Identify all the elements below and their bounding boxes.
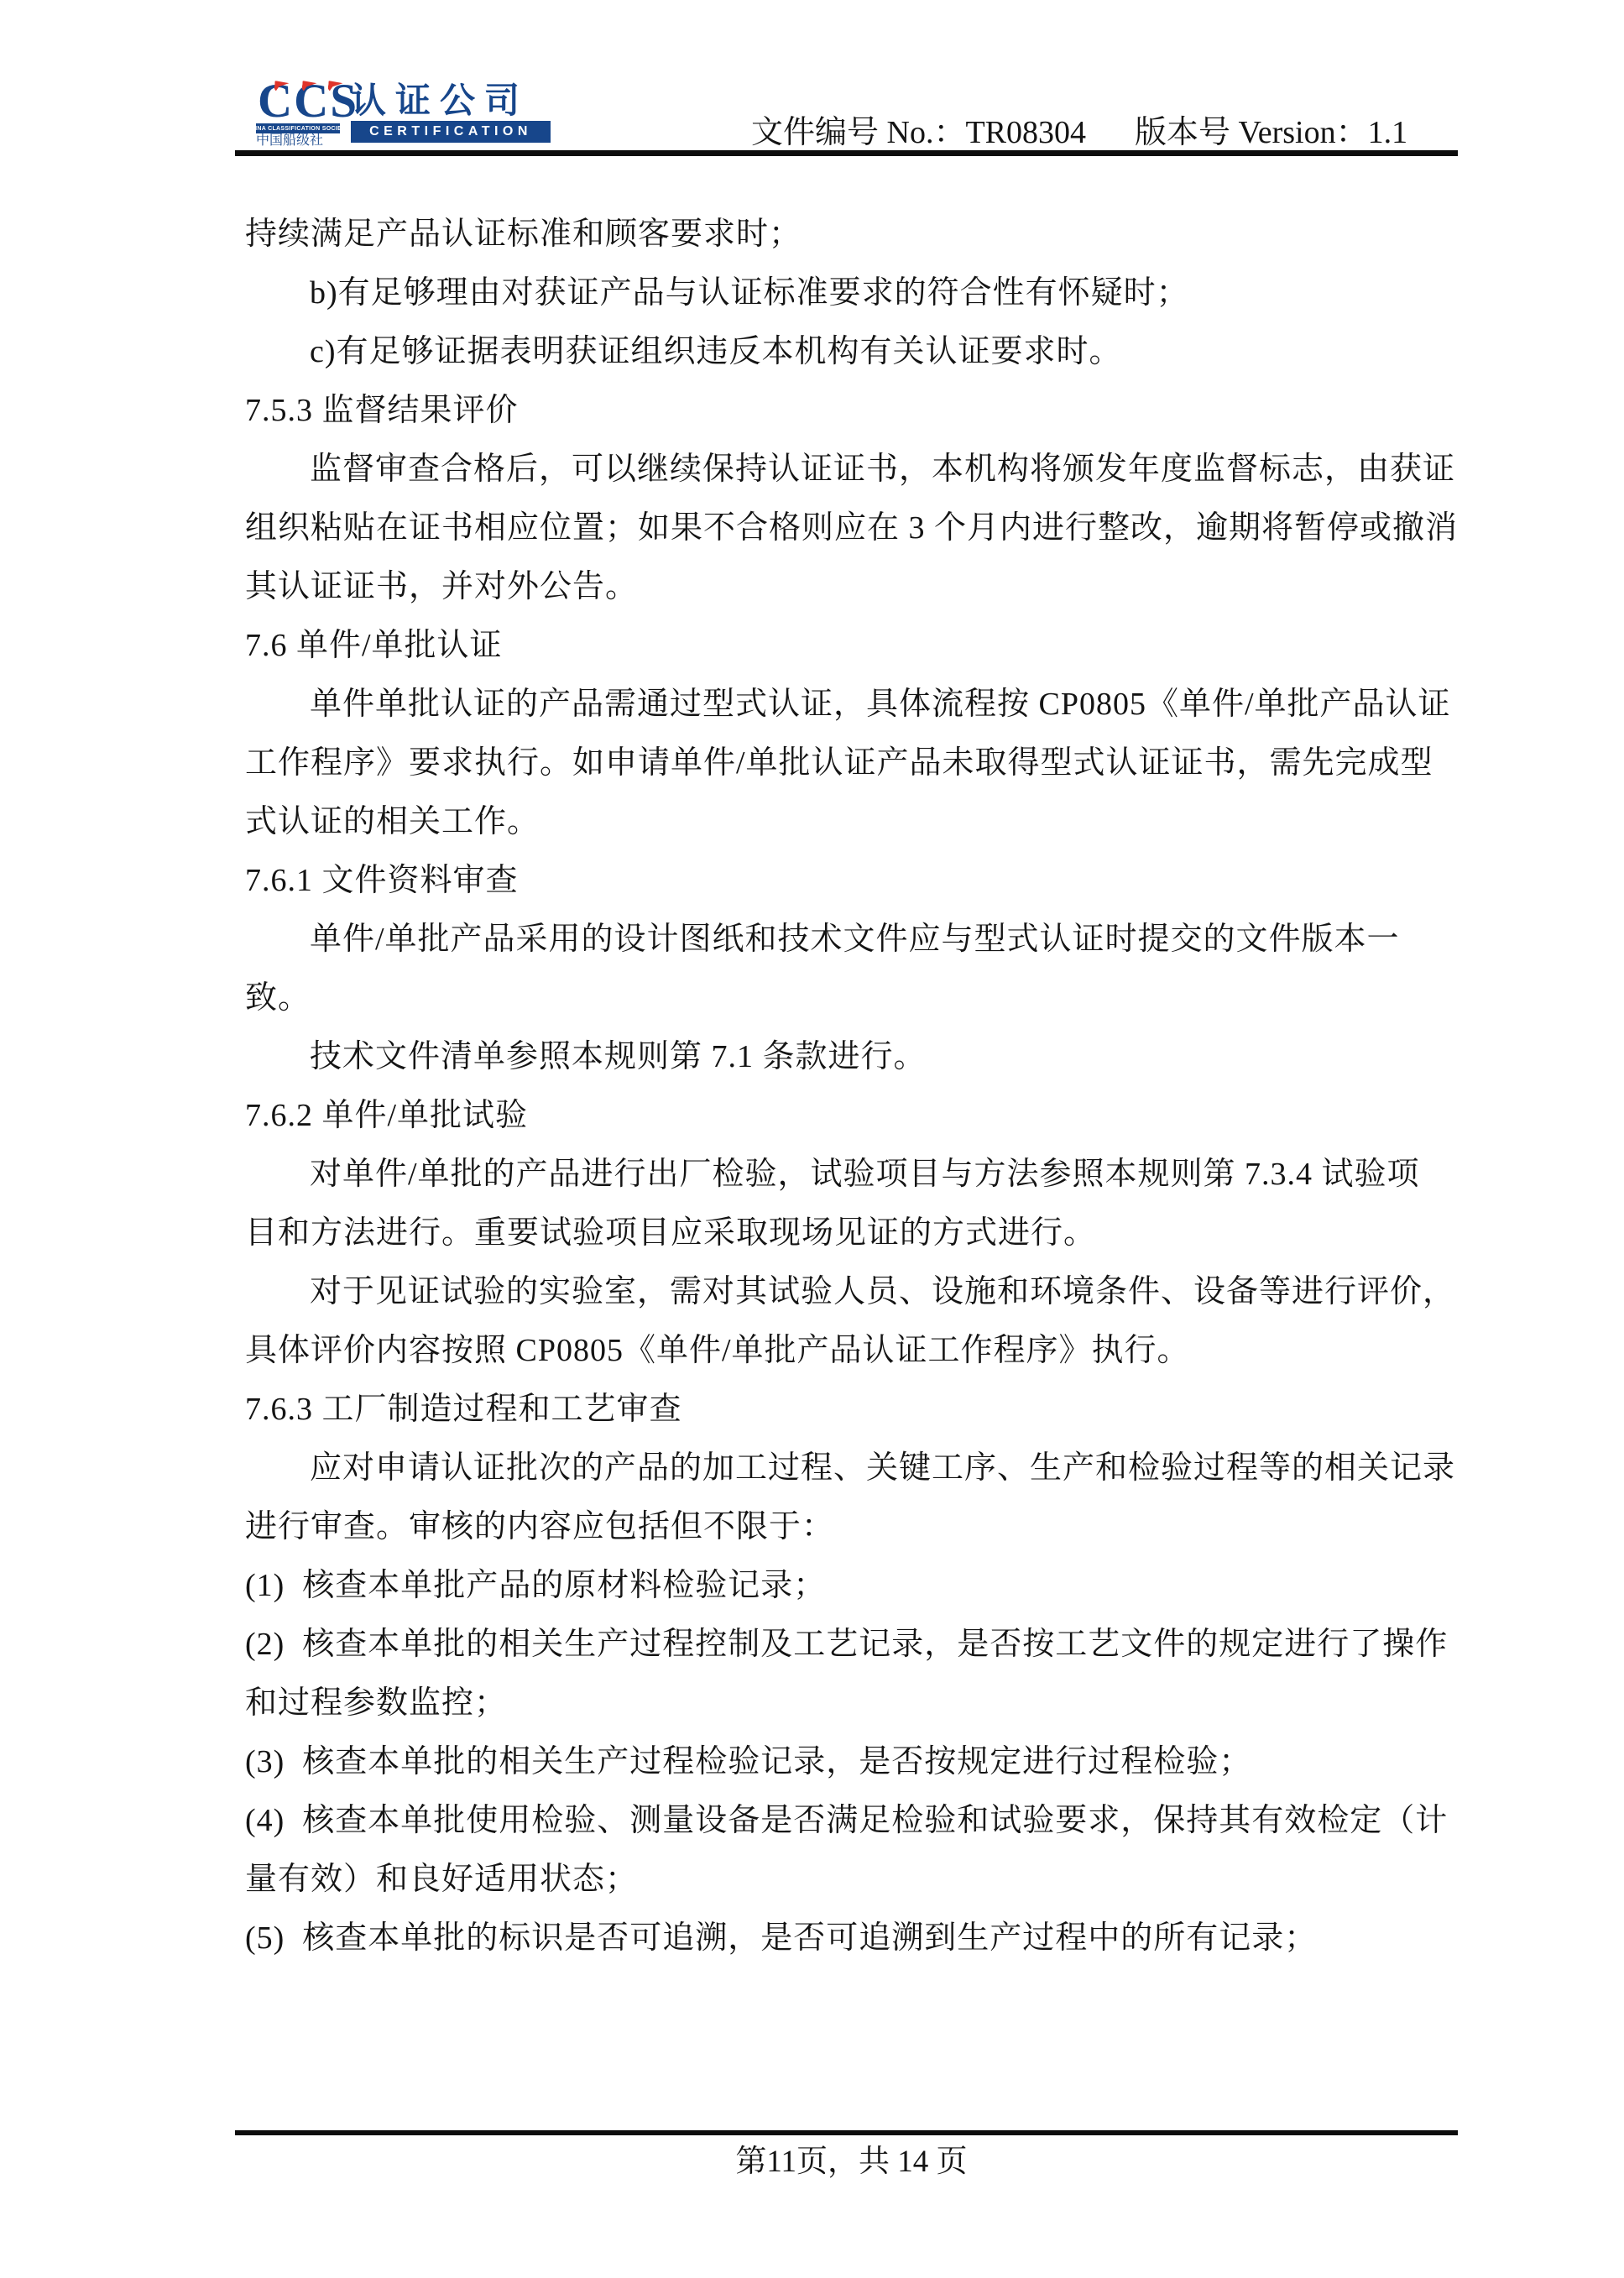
text-line: 目和方法进行。重要试验项目应采取现场见证的方式进行。 bbox=[245, 1204, 1470, 1262]
doc-version: 版本号 Version：1.1 bbox=[1135, 114, 1407, 151]
text-line: 量有效）和良好适用状态； bbox=[245, 1850, 1470, 1909]
text-line: 和过程参数监控； bbox=[245, 1674, 1470, 1732]
header-doc-meta: 文件编号 No.：TR08304 版本号 Version：1.1 bbox=[751, 114, 1407, 151]
text-line: 具体评价内容按照 CP0805《单件/单批产品认证工作程序》执行。 bbox=[245, 1321, 1470, 1380]
text-line: 监督审查合格后，可以继续保持认证证书，本机构将颁发年度监督标志，由获证 bbox=[245, 440, 1470, 499]
ccs-logo: CCS CHINA CLASSIFICATION SOCIETY 中国船级社 认… bbox=[256, 82, 558, 148]
text-line: 应对申请认证批次的产品的加工过程、关键工序、生产和检验过程等的相关记录 bbox=[245, 1439, 1470, 1497]
document-page: CCS CHINA CLASSIFICATION SOCIETY 中国船级社 认… bbox=[0, 0, 1624, 2278]
text-line: (5) 核查本单批的标识是否可追溯，是否可追溯到生产过程中的所有记录； bbox=[245, 1909, 1470, 1967]
text-line: (2) 核查本单批的相关生产过程控制及工艺记录，是否按工艺文件的规定进行了操作 bbox=[245, 1615, 1470, 1674]
society-name-en: CHINA CLASSIFICATION SOCIETY bbox=[246, 126, 349, 132]
society-name-cn: 中国船级社 bbox=[256, 134, 340, 148]
text-line: 式认证的相关工作。 bbox=[245, 792, 1470, 851]
text-line: (1) 核查本单批产品的原材料检验记录； bbox=[245, 1556, 1470, 1615]
text-line: 7.6 单件/单批认证 bbox=[245, 616, 1470, 675]
text-line: 7.5.3 监督结果评价 bbox=[245, 381, 1470, 440]
company-name-en: CERTIFICATION bbox=[369, 124, 532, 139]
text-line: 7.6.1 文件资料审查 bbox=[245, 851, 1470, 910]
text-line: 工作程序》要求执行。如申请单件/单批认证产品未取得型式认证证书，需先完成型 bbox=[245, 734, 1470, 792]
text-line: 7.6.3 工厂制造过程和工艺审查 bbox=[245, 1380, 1470, 1439]
text-line: 对单件/单批的产品进行出厂检验，试验项目与方法参照本规则第 7.3.4 试验项 bbox=[245, 1145, 1470, 1204]
text-line: b)有足够理由对获证产品与认证标准要求的符合性有怀疑时； bbox=[245, 264, 1470, 322]
doc-number: 文件编号 No.：TR08304 bbox=[751, 114, 1086, 151]
text-line: 致。 bbox=[245, 969, 1470, 1027]
text-line: 技术文件清单参照本规则第 7.1 条款进行。 bbox=[245, 1027, 1470, 1086]
text-line: 单件单批认证的产品需通过型式认证，具体流程按 CP0805《单件/单批产品认证 bbox=[245, 675, 1470, 734]
text-line: 进行审查。审核的内容应包括但不限于： bbox=[245, 1497, 1470, 1556]
page-number: 第11页，共 14 页 bbox=[245, 2142, 1458, 2182]
company-name-cn: 认证公司 bbox=[351, 83, 529, 120]
text-line: c)有足够证据表明获证组织违反本机构有关认证要求时。 bbox=[245, 322, 1470, 381]
text-line: (4) 核查本单批使用检验、测量设备是否满足检验和试验要求，保持其有效检定（计 bbox=[245, 1791, 1470, 1850]
text-line: 单件/单批产品采用的设计图纸和技术文件应与型式认证时提交的文件版本一 bbox=[245, 910, 1470, 969]
text-line: 其认证证书，并对外公告。 bbox=[245, 557, 1470, 616]
certification-bar: CERTIFICATION bbox=[351, 121, 551, 143]
text-line: 7.6.2 单件/单批试验 bbox=[245, 1086, 1470, 1145]
text-line: 持续满足产品认证标准和顾客要求时； bbox=[245, 205, 1470, 264]
header-divider bbox=[235, 150, 1458, 156]
text-line: 对于见证试验的实验室，需对其试验人员、设施和环境条件、设备等进行评价， bbox=[245, 1262, 1470, 1321]
footer-divider bbox=[235, 2130, 1458, 2135]
society-name-bar: CHINA CLASSIFICATION SOCIETY bbox=[256, 123, 340, 133]
text-line: (3) 核查本单批的相关生产过程检验记录，是否按规定进行过程检验； bbox=[245, 1732, 1470, 1791]
text-line: 组织粘贴在证书相应位置；如果不合格则应在 3 个月内进行整改，逾期将暂停或撤消 bbox=[245, 499, 1470, 557]
body-text: 持续满足产品认证标准和顾客要求时；b)有足够理由对获证产品与认证标准要求的符合性… bbox=[245, 205, 1470, 1967]
